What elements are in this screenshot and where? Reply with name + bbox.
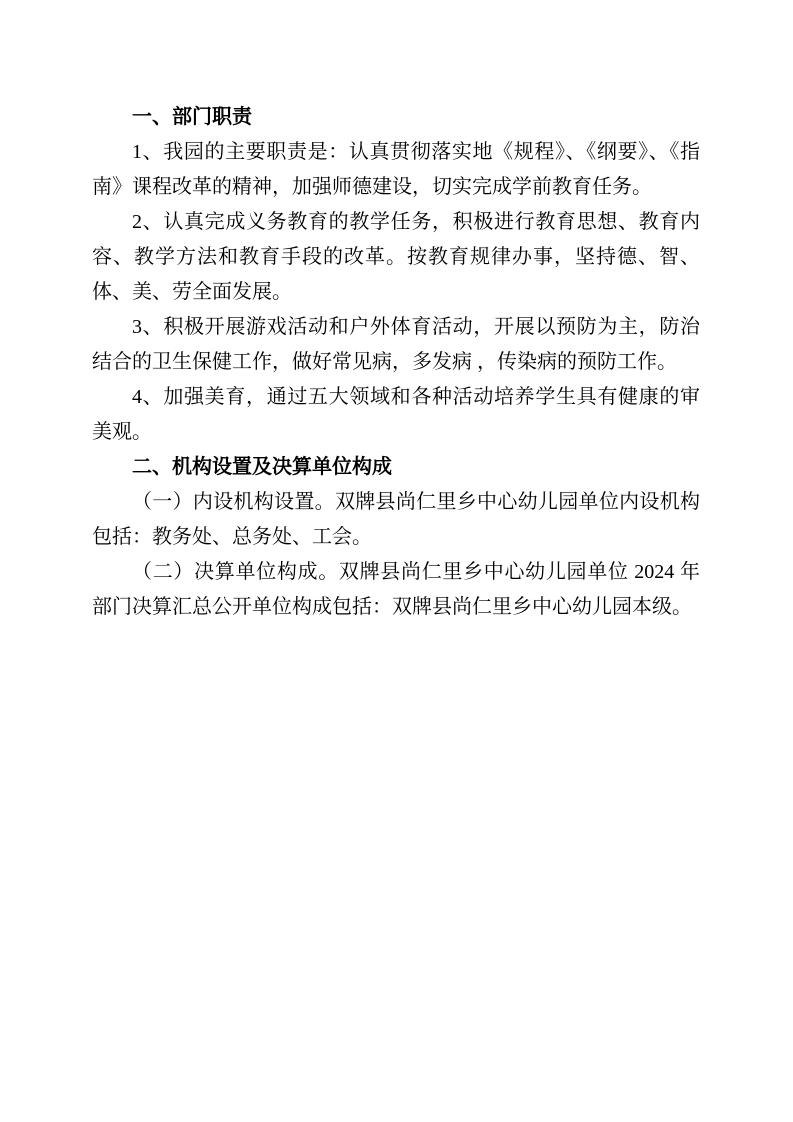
document-page: 一、部门职责1、我园的主要职责是：认真贯彻落实地《规程》、《纲要》、《指南》课程… bbox=[0, 0, 793, 1122]
body-paragraph: 1、我园的主要职责是：认真贯彻落实地《规程》、《纲要》、《指南》课程改革的精神，… bbox=[92, 135, 700, 205]
body-paragraph: 4、加强美育，通过五大领域和各种活动培养学生具有健康的审美观。 bbox=[92, 380, 700, 450]
body-paragraph: （一）内设机构设置。双牌县尚仁里乡中心幼儿园单位内设机构包括：教务处、总务处、工… bbox=[92, 485, 700, 555]
section-heading: 一、部门职责 bbox=[92, 100, 700, 135]
body-paragraph: 3、积极开展游戏活动和户外体育活动，开展以预防为主，防治结合的卫生保健工作，做好… bbox=[92, 310, 700, 380]
document-content: 一、部门职责1、我园的主要职责是：认真贯彻落实地《规程》、《纲要》、《指南》课程… bbox=[92, 100, 700, 625]
section-heading: 二、机构设置及决算单位构成 bbox=[92, 450, 700, 485]
body-paragraph: 2、认真完成义务教育的教学任务，积极进行教育思想、教育内容、教学方法和教育手段的… bbox=[92, 205, 700, 310]
body-paragraph: （二）决算单位构成。双牌县尚仁里乡中心幼儿园单位 2024 年部门决算汇总公开单… bbox=[92, 555, 700, 625]
